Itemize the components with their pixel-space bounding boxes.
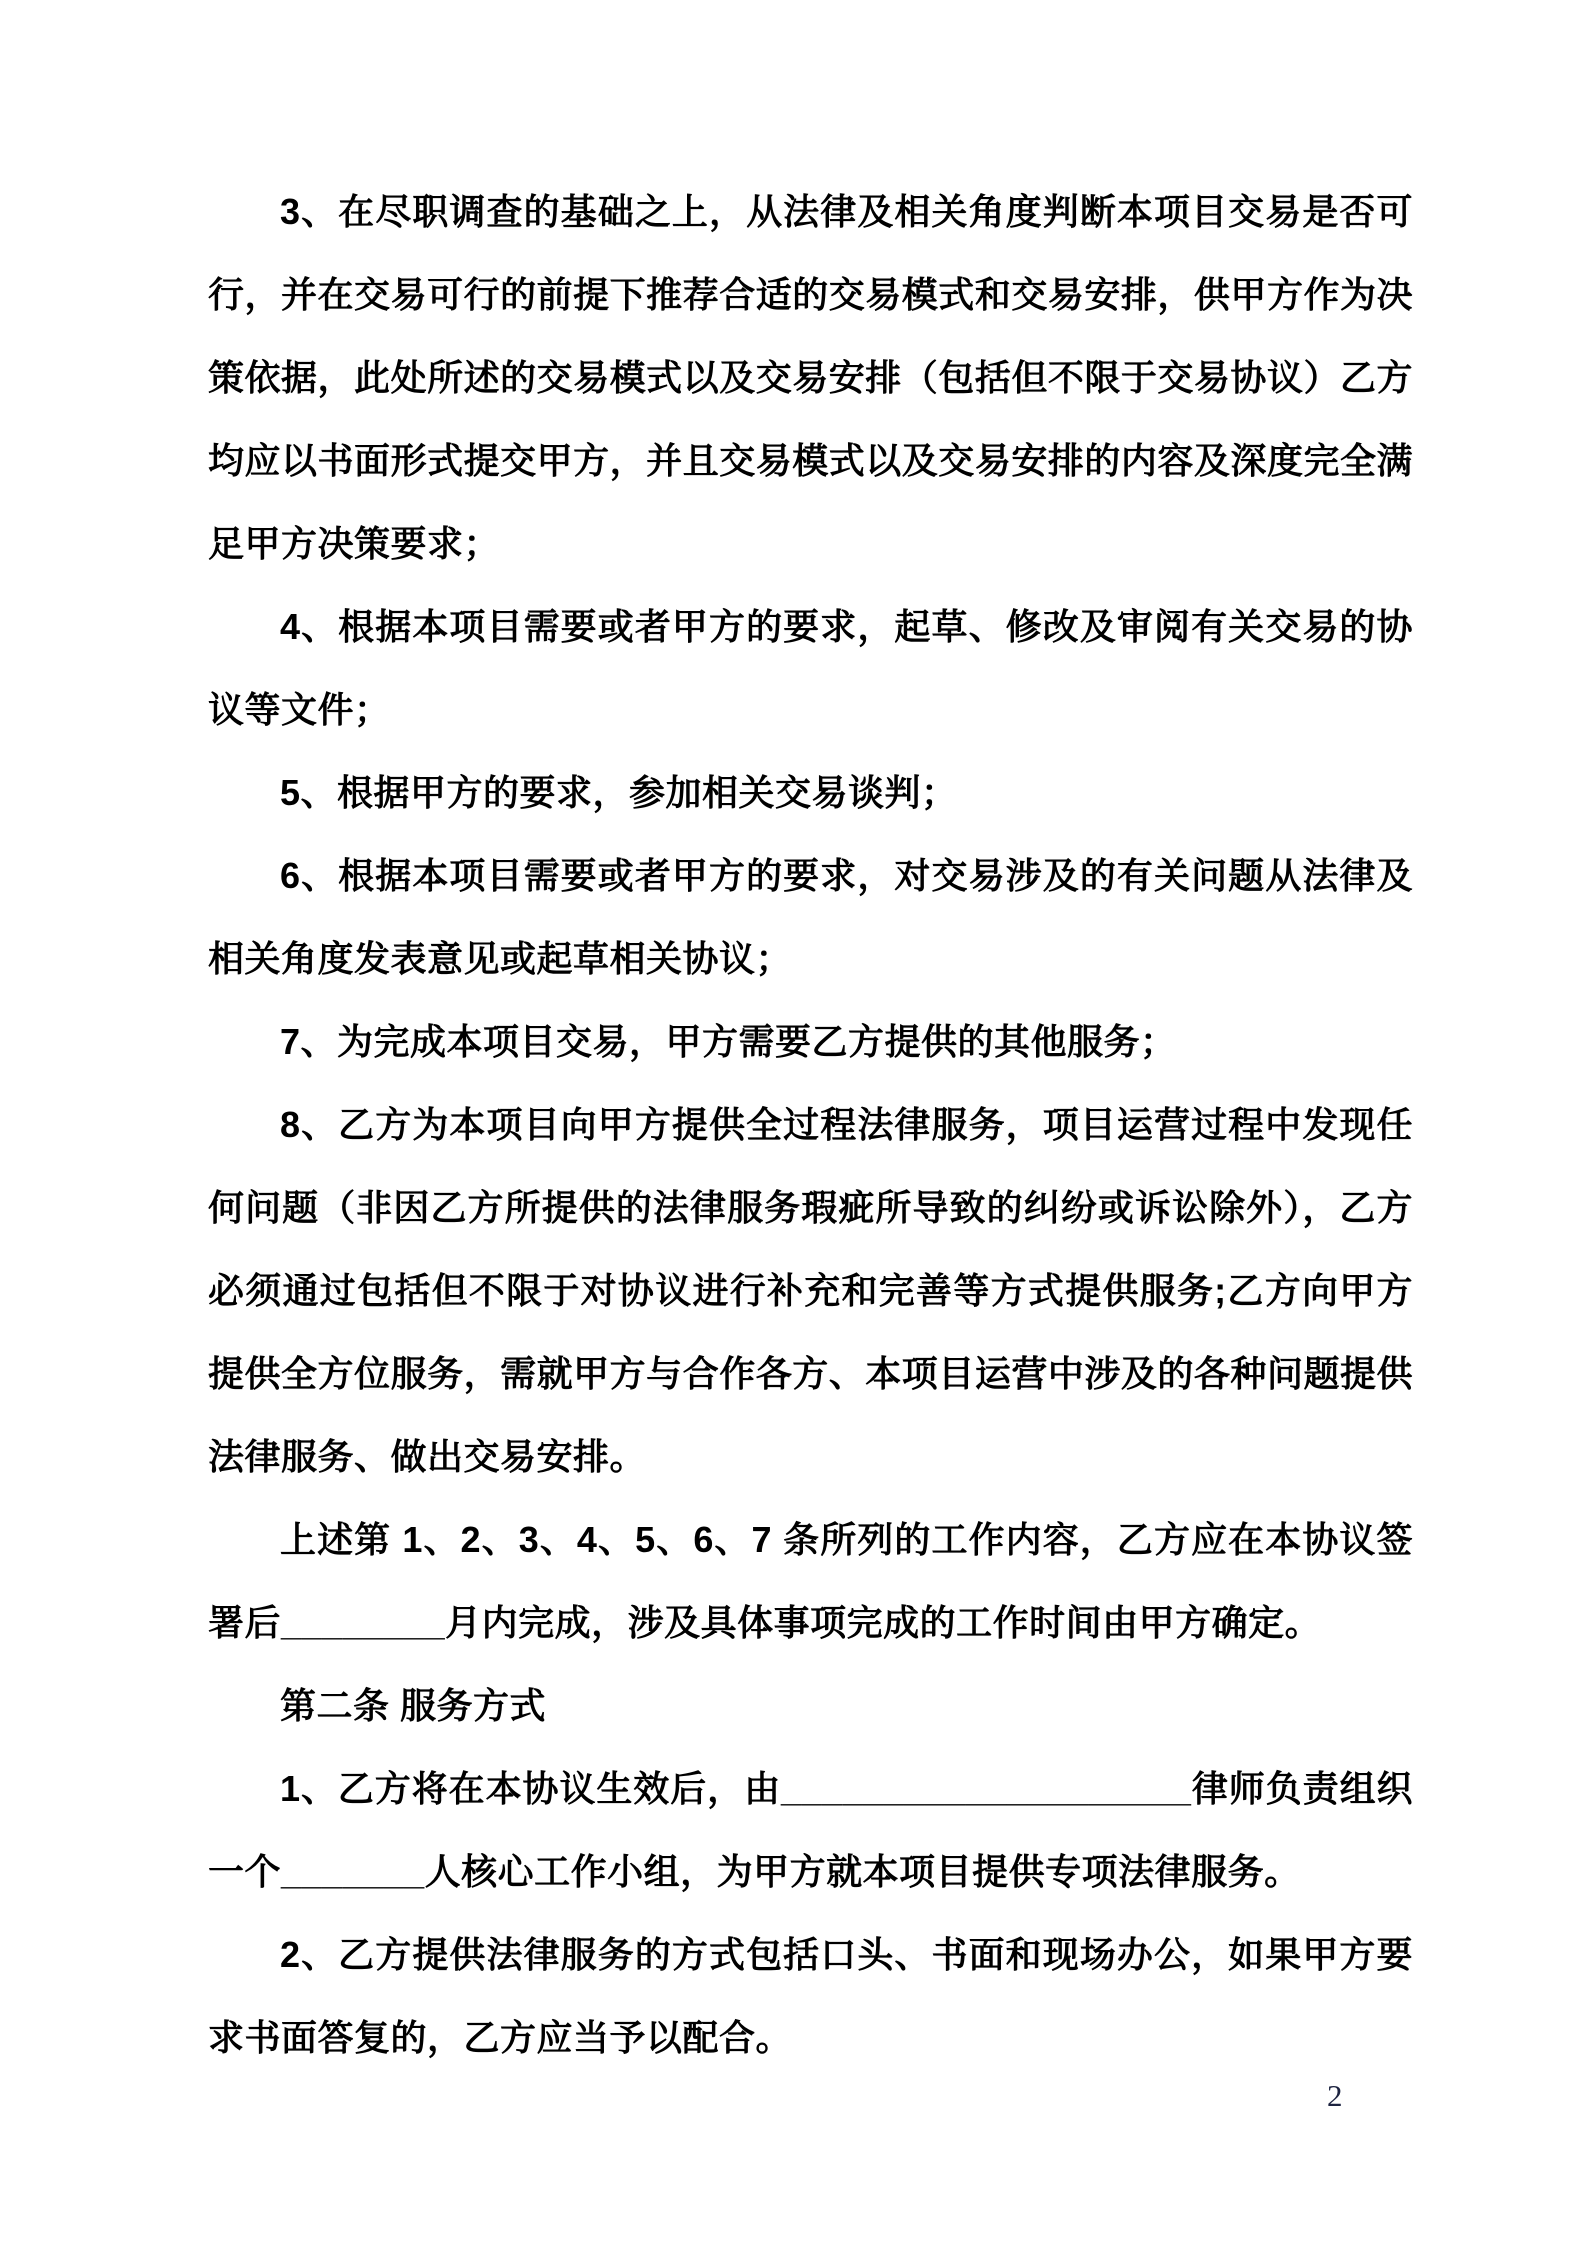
paragraph: 1、乙方将在本协议生效后，由____________________律师负责组织… [208, 1747, 1413, 1913]
section-heading: 第二条 服务方式 [208, 1664, 1413, 1747]
paragraph: 3、在尽职调查的基础之上，从法律及相关角度判断本项目交易是否可行，并在交易可行的… [208, 170, 1413, 585]
document-page: 3、在尽职调查的基础之上，从法律及相关角度判断本项目交易是否可行，并在交易可行的… [0, 0, 1586, 2244]
paragraph: 2、乙方提供法律服务的方式包括口头、书面和现场办公，如果甲方要求书面答复的，乙方… [208, 1913, 1413, 2079]
page-number: 2 [1327, 2078, 1343, 2114]
document-body: 3、在尽职调查的基础之上，从法律及相关角度判断本项目交易是否可行，并在交易可行的… [208, 170, 1413, 2079]
paragraph: 6、根据本项目需要或者甲方的要求，对交易涉及的有关问题从法律及相关角度发表意见或… [208, 834, 1413, 1000]
paragraph: 4、根据本项目需要或者甲方的要求，起草、修改及审阅有关交易的协议等文件； [208, 585, 1413, 751]
paragraph: 5、根据甲方的要求，参加相关交易谈判； [208, 751, 1413, 834]
paragraph: 上述第 1、2、3、4、5、6、7 条所列的工作内容，乙方应在本协议签署后___… [208, 1498, 1413, 1664]
paragraph: 8、乙方为本项目向甲方提供全过程法律服务，项目运营过程中发现任何问题（非因乙方所… [208, 1083, 1413, 1498]
paragraph: 7、为完成本项目交易，甲方需要乙方提供的其他服务； [208, 1000, 1413, 1083]
